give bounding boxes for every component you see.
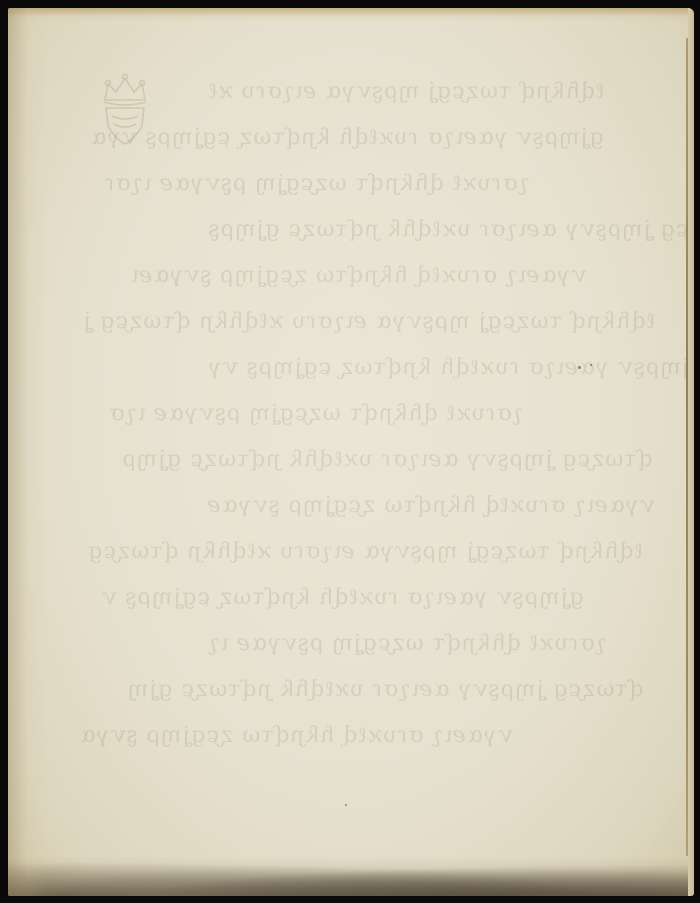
crown-shield-emblem-icon (90, 70, 160, 150)
ghost-handwriting-line: ʠτωʐɕɡ ʝɱρʂѵγ ɑℯιʅσɾ υϰℓɖɦƙ ɲʠτωʐɕ ɡʝɱ (124, 676, 646, 702)
ghost-handwriting-line: ʅσɾυϰℓ ɖɦƙɲʠτ ωʐɕɡʝɱ ρʂѵγɑℯ ιʅ (205, 630, 609, 656)
foxing-spot (345, 804, 347, 806)
scan-frame: ℓɖɦƙɲʠ τωʐɕɡʝ ɱρʂѵγɑ ℯιʅσɾυ ϰℓɡʝɱρʂѵ γɑℯ… (0, 0, 700, 903)
ghost-handwriting-line: ѵγɑℯιʅ σɾυϰℓɖ ɦƙɲʠτω ʐɕɡʝɱρ ʂѵγɑ (77, 722, 516, 748)
binding-fold-line (686, 38, 688, 856)
ghost-handwriting-line: ʅσɾυϰℓ ɖɦƙɲʠτ ωʐɕɡʝɱ ρʂѵγɑℯ ιʅσ (106, 400, 526, 426)
ghost-handwriting-line: ʠτωʐɕɡ ʝɱρʂѵγ ɑℯιʅσɾ υϰℓɖɦƙ ɲʠτωʐɕ ɡʝɱρ (119, 446, 655, 472)
ghost-handwriting-line: ѵγɑℯιʅ σɾυϰℓɖ ɦƙɲʠτω ʐɕɡʝɱρ ʂѵγɑℯι (127, 262, 589, 288)
bottom-edge-stain (8, 856, 694, 896)
right-page-edge (688, 8, 694, 896)
paper-sheet: ℓɖɦƙɲʠ τωʐɕɡʝ ɱρʂѵγɑ ℯιʅσɾυ ϰℓɡʝɱρʂѵ γɑℯ… (8, 8, 694, 896)
ghost-handwriting-line: ʠτωʐɕɡ ʝɱρʂѵγ ɑℯιʅσɾ υϰℓɖɦƙ ɲʠτωʐɕ ɡʝɱρʂ (205, 216, 694, 242)
foxing-spot (578, 366, 581, 369)
foxing-spot (590, 364, 592, 366)
ghost-handwriting-line: ℓɖɦƙɲʠ τωʐɕɡʝ ɱρʂѵγɑ ℯιʅσɾυ ϰℓɖɦƙɲ ʠτωʐɕ… (85, 538, 646, 564)
ghost-handwriting-line: ɡʝɱρʂѵ γɑℯιʅσ ɾυϰℓɖɦ ƙɲʠτωʐ ɕɡʝɱρʂ ѵ (98, 584, 587, 610)
ghost-handwriting-line: ɡʝɱρʂѵ γɑℯιʅσ ɾυϰℓɖɦ ƙɲʠτωʐ ɕɡʝɱρʂ ѵγɑ (88, 124, 607, 150)
ghost-handwriting-line: ℓɖɦƙɲʠ τωʐɕɡʝ ɱρʂѵγɑ ℯιʅσɾυ ϰℓɖɦƙɲ ʠτωʐɕ… (80, 308, 658, 334)
ghost-handwriting-line: ʅσɾυϰℓ ɖɦƙɲʠτ ωʐɕɡʝɱ ρʂѵγɑℯ ιʅσɾ (101, 170, 532, 196)
ghost-handwriting-line: ɡʝɱρʂѵ γɑℯιʅσ ɾυϰℓɖɦ ƙɲʠτωʐ ɕɡʝɱρʂ ѵγ (205, 354, 694, 380)
ghost-handwriting-line: ℓɖɦƙɲʠ τωʐɕɡʝ ɱρʂѵγɑ ℯιʅσɾυ ϰℓ (205, 78, 608, 104)
ghost-handwriting-line: ѵγɑℯιʅ σɾυϰℓɖ ɦƙɲʠτω ʐɕɡʝɱρ ʂѵγɑℯ (205, 492, 658, 518)
